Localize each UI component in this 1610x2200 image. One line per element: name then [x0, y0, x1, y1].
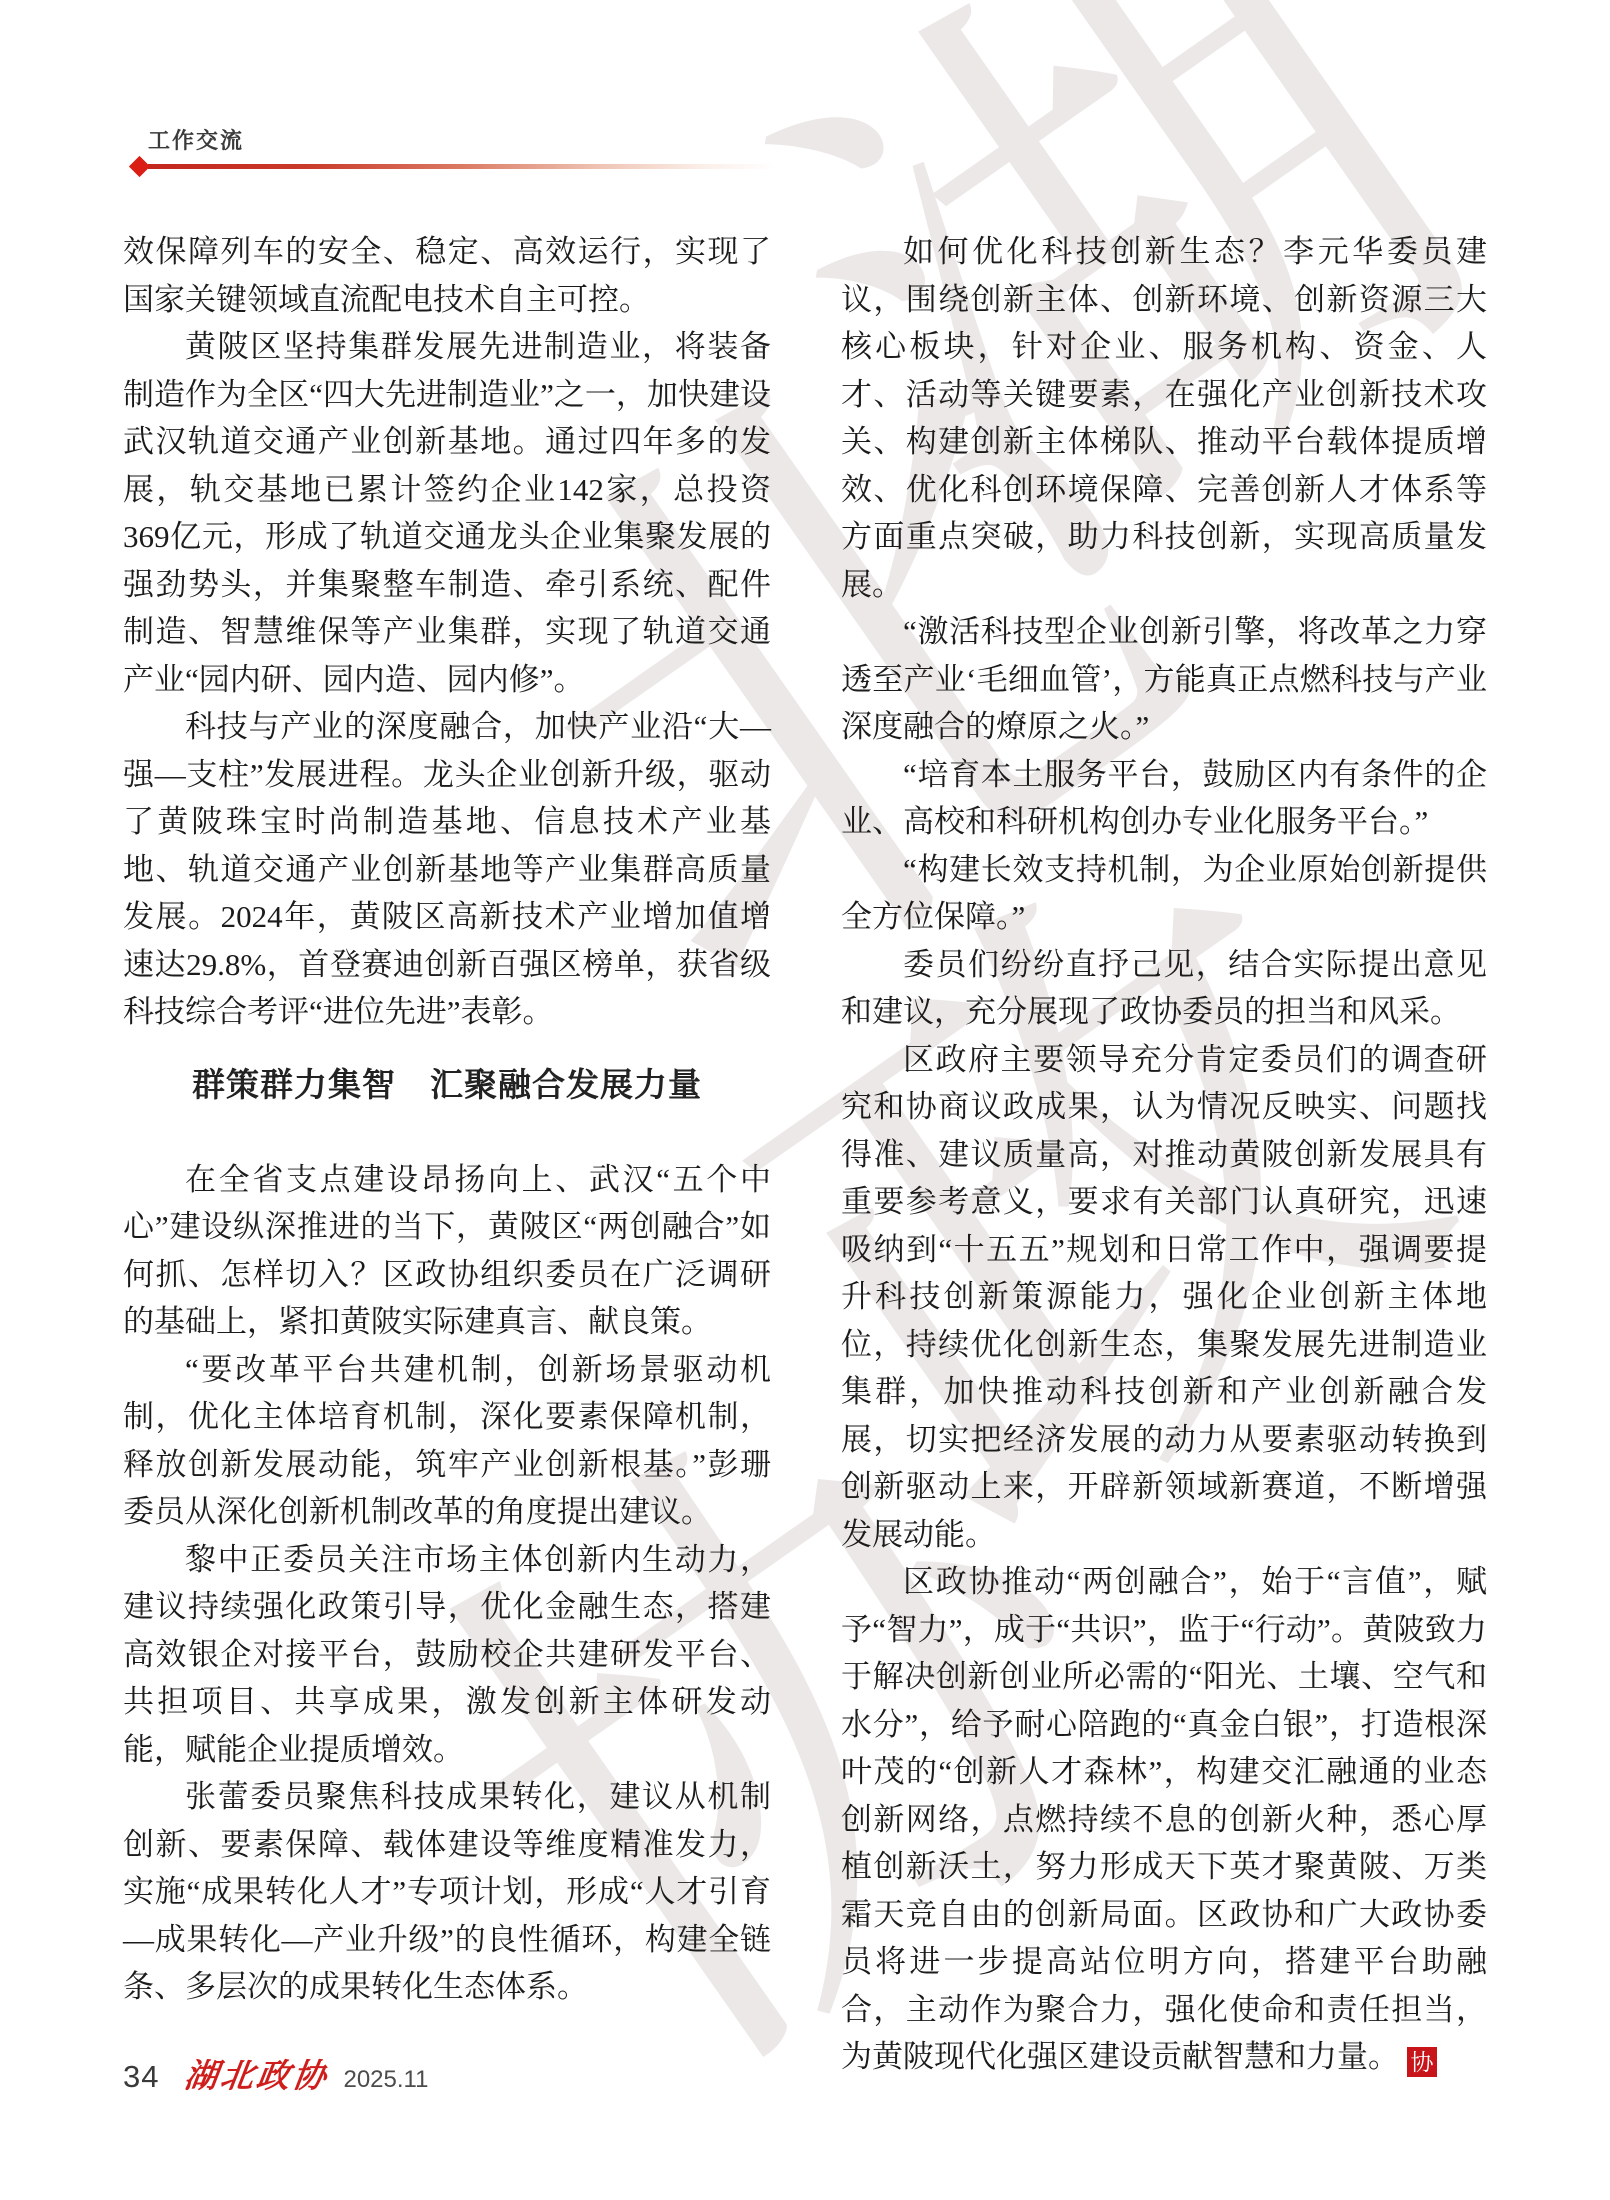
paragraph: 在全省支点建设昂扬向上、武汉“五个中心”建设纵深推进的当下，黄陂区“两创融合”如…: [123, 1156, 771, 1346]
magazine-page: 湖 北 政 协 工作交流 效保障列车的安全、稳定、高效运行，实现了国家关键领域直…: [0, 0, 1610, 2200]
section-label: 工作交流: [148, 128, 244, 154]
paragraph: “构建长效支持机制，为企业原始创新提供全方位保障。”: [841, 846, 1487, 941]
paragraph: 区政协推动“两创融合”，始于“言值”，赋予“智力”，成于“共识”，监于“行动”。…: [841, 1558, 1487, 2081]
header-rule: [148, 164, 776, 169]
paragraph: 黎中正委员关注市场主体创新内生动力，建议持续强化政策引导，优化金融生态，搭建高效…: [123, 1536, 771, 1774]
left-column: 效保障列车的安全、稳定、高效运行，实现了国家关键领域直流配电技术自主可控。 黄陂…: [123, 228, 771, 2011]
right-column: 如何优化科技创新生态？李元华委员建议，围绕创新主体、创新环境、创新资源三大核心板…: [841, 228, 1487, 2081]
paragraph: 科技与产业的深度融合，加快产业沿“大—强—支柱”发展进程。龙头企业创新升级，驱动…: [123, 703, 771, 1036]
diamond-icon: [129, 156, 150, 177]
page-footer: 34 湖北政协 2025.11: [123, 2050, 428, 2097]
paragraph: 委员们纷纷直抒己见，结合实际提出意见和建议，充分展现了政协委员的担当和风采。: [841, 941, 1487, 1036]
paragraph: 效保障列车的安全、稳定、高效运行，实现了国家关键领域直流配电技术自主可控。: [123, 228, 771, 323]
subsection-heading: 群策群力集智 汇聚融合发展力量: [123, 1060, 771, 1110]
paragraph: “激活科技型企业创新引擎，将改革之力穿透至产业‘毛细血管’，方能真正点燃科技与产…: [841, 608, 1487, 751]
issue-number: 2025.11: [343, 2066, 428, 2094]
paragraph: 区政府主要领导充分肯定委员们的调查研究和协商议政成果，认为情况反映实、问题找得准…: [841, 1036, 1487, 1559]
paragraph: 黄陂区坚持集群发展先进制造业，将装备制造作为全区“四大先进制造业”之一，加快建设…: [123, 323, 771, 703]
paragraph: “要改革平台共建机制，创新场景驱动机制，优化主体培育机制，深化要素保障机制，释放…: [123, 1346, 771, 1536]
journal-name-calligraphy: 湖北政协: [182, 2050, 333, 2097]
paragraph: “培育本土服务平台，鼓励区内有条件的企业、高校和科研机构创办专业化服务平台。”: [841, 751, 1487, 846]
paragraph: 如何优化科技创新生态？李元华委员建议，围绕创新主体、创新环境、创新资源三大核心板…: [841, 228, 1487, 608]
paragraph: 张蕾委员聚焦科技成果转化，建议从机制创新、要素保障、载体建设等维度精准发力，实施…: [123, 1773, 771, 2011]
paragraph-text: 区政协推动“两创融合”，始于“言值”，赋予“智力”，成于“共识”，监于“行动”。…: [841, 1564, 1487, 2074]
article-end-mark: 协: [1407, 2047, 1437, 2077]
page-number: 34: [123, 2059, 159, 2095]
